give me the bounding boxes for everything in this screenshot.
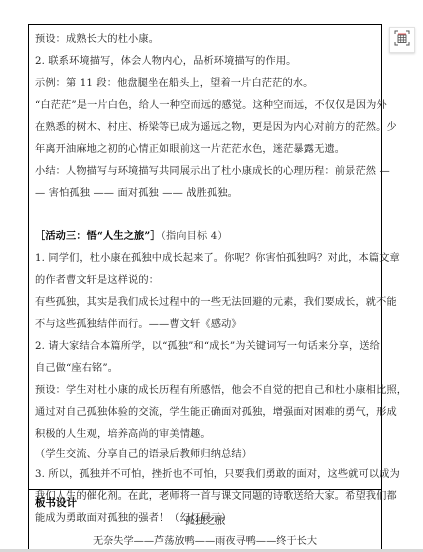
text-line: 我们人生的催化剂。在此，老师将一首与课文同题的诗歌送给大家。希望我们都	[35, 486, 375, 508]
text-line: 小结：人物描写与环境描写共同展示出了杜小康成长的心理历程：前景茫然 —	[35, 161, 375, 183]
text-line: 3. 所以，孤独并不可怕，挫折也不可怕，只要我们勇敢的面对，这些就可以成为	[35, 464, 375, 486]
text-line: 示例：第 11 段：他盘腿坐在船头上，望着一片白茫茫的水。	[35, 73, 375, 95]
activity3-note: （指向目标 4）	[161, 231, 228, 242]
blank-line	[35, 205, 375, 225]
text-line: 预设：成熟长大的杜小康。	[35, 29, 375, 51]
text-line: 自己做“座右铭”。	[35, 358, 375, 380]
text-line: 通过对自己孤独体验的交流，学生能正确面对孤独，增强面对困难的勇气，形成	[35, 402, 375, 424]
teaching-process-cell: 预设：成熟长大的杜小康。 2. 联系环境描写，体会人物内心，品析环境描写的作用。…	[29, 25, 381, 490]
text-line: 年离开油麻地之初的心情正如眼前这一片茫茫水色，迷茫暴露无遗。	[35, 139, 375, 161]
activity3-heading: ［活动三：悟“人生之旅”］（指向目标 4）	[35, 225, 375, 248]
lesson-plan-table: 预设：成熟长大的杜小康。 2. 联系环境描写，体会人物内心，品析环境描写的作用。…	[28, 24, 382, 551]
text-line: — 害怕孤独 —— 面对孤独 —— 战胜孤独。	[35, 183, 375, 205]
table-tool-button[interactable]	[389, 27, 415, 53]
text-line: 预设：学生对杜小康的成长历程有所感悟，他会不自觉的把自己和杜小康相比照，	[35, 380, 375, 402]
activity3-title: ［活动三：悟“人生之旅”］	[35, 230, 161, 242]
table-calculator-icon	[394, 30, 410, 50]
text-line: 不与这些孤独结伴而行。——曹文轩《感动》	[35, 314, 375, 336]
text-line: 在熟悉的树木、村庄、桥梁等已成为遥远之物，更是因为内心对前方的茫然。少	[35, 117, 375, 139]
text-line: 2. 联系环境描写，体会人物内心，品析环境描写的作用。	[35, 51, 375, 73]
text-line: 2. 请大家结合本篇所学，以“孤独”和“成长”为关键词写一句话来分享，送给	[35, 336, 375, 358]
text-line: （学生交流、分享自己的语录后教师归纳总结）	[35, 446, 375, 464]
text-line: 1. 同学们，杜小康在孤独中成长起来了。你呢？你害怕孤独吗？对此，本篇文章	[35, 248, 375, 270]
text-line: 有些孤独，其实是我们成长过程中的一些无法回避的元素，我们要成长，就不能	[35, 292, 375, 314]
text-line: 的作者曹文轩是这样说的：	[35, 270, 375, 292]
text-line: “白茫茫”是一片白色，给人一种空而远的感觉。这种空而远，不仅仅是因为外	[35, 95, 375, 117]
text-line: 积极的人生观，培养高尚的审美情趣。	[35, 424, 375, 446]
